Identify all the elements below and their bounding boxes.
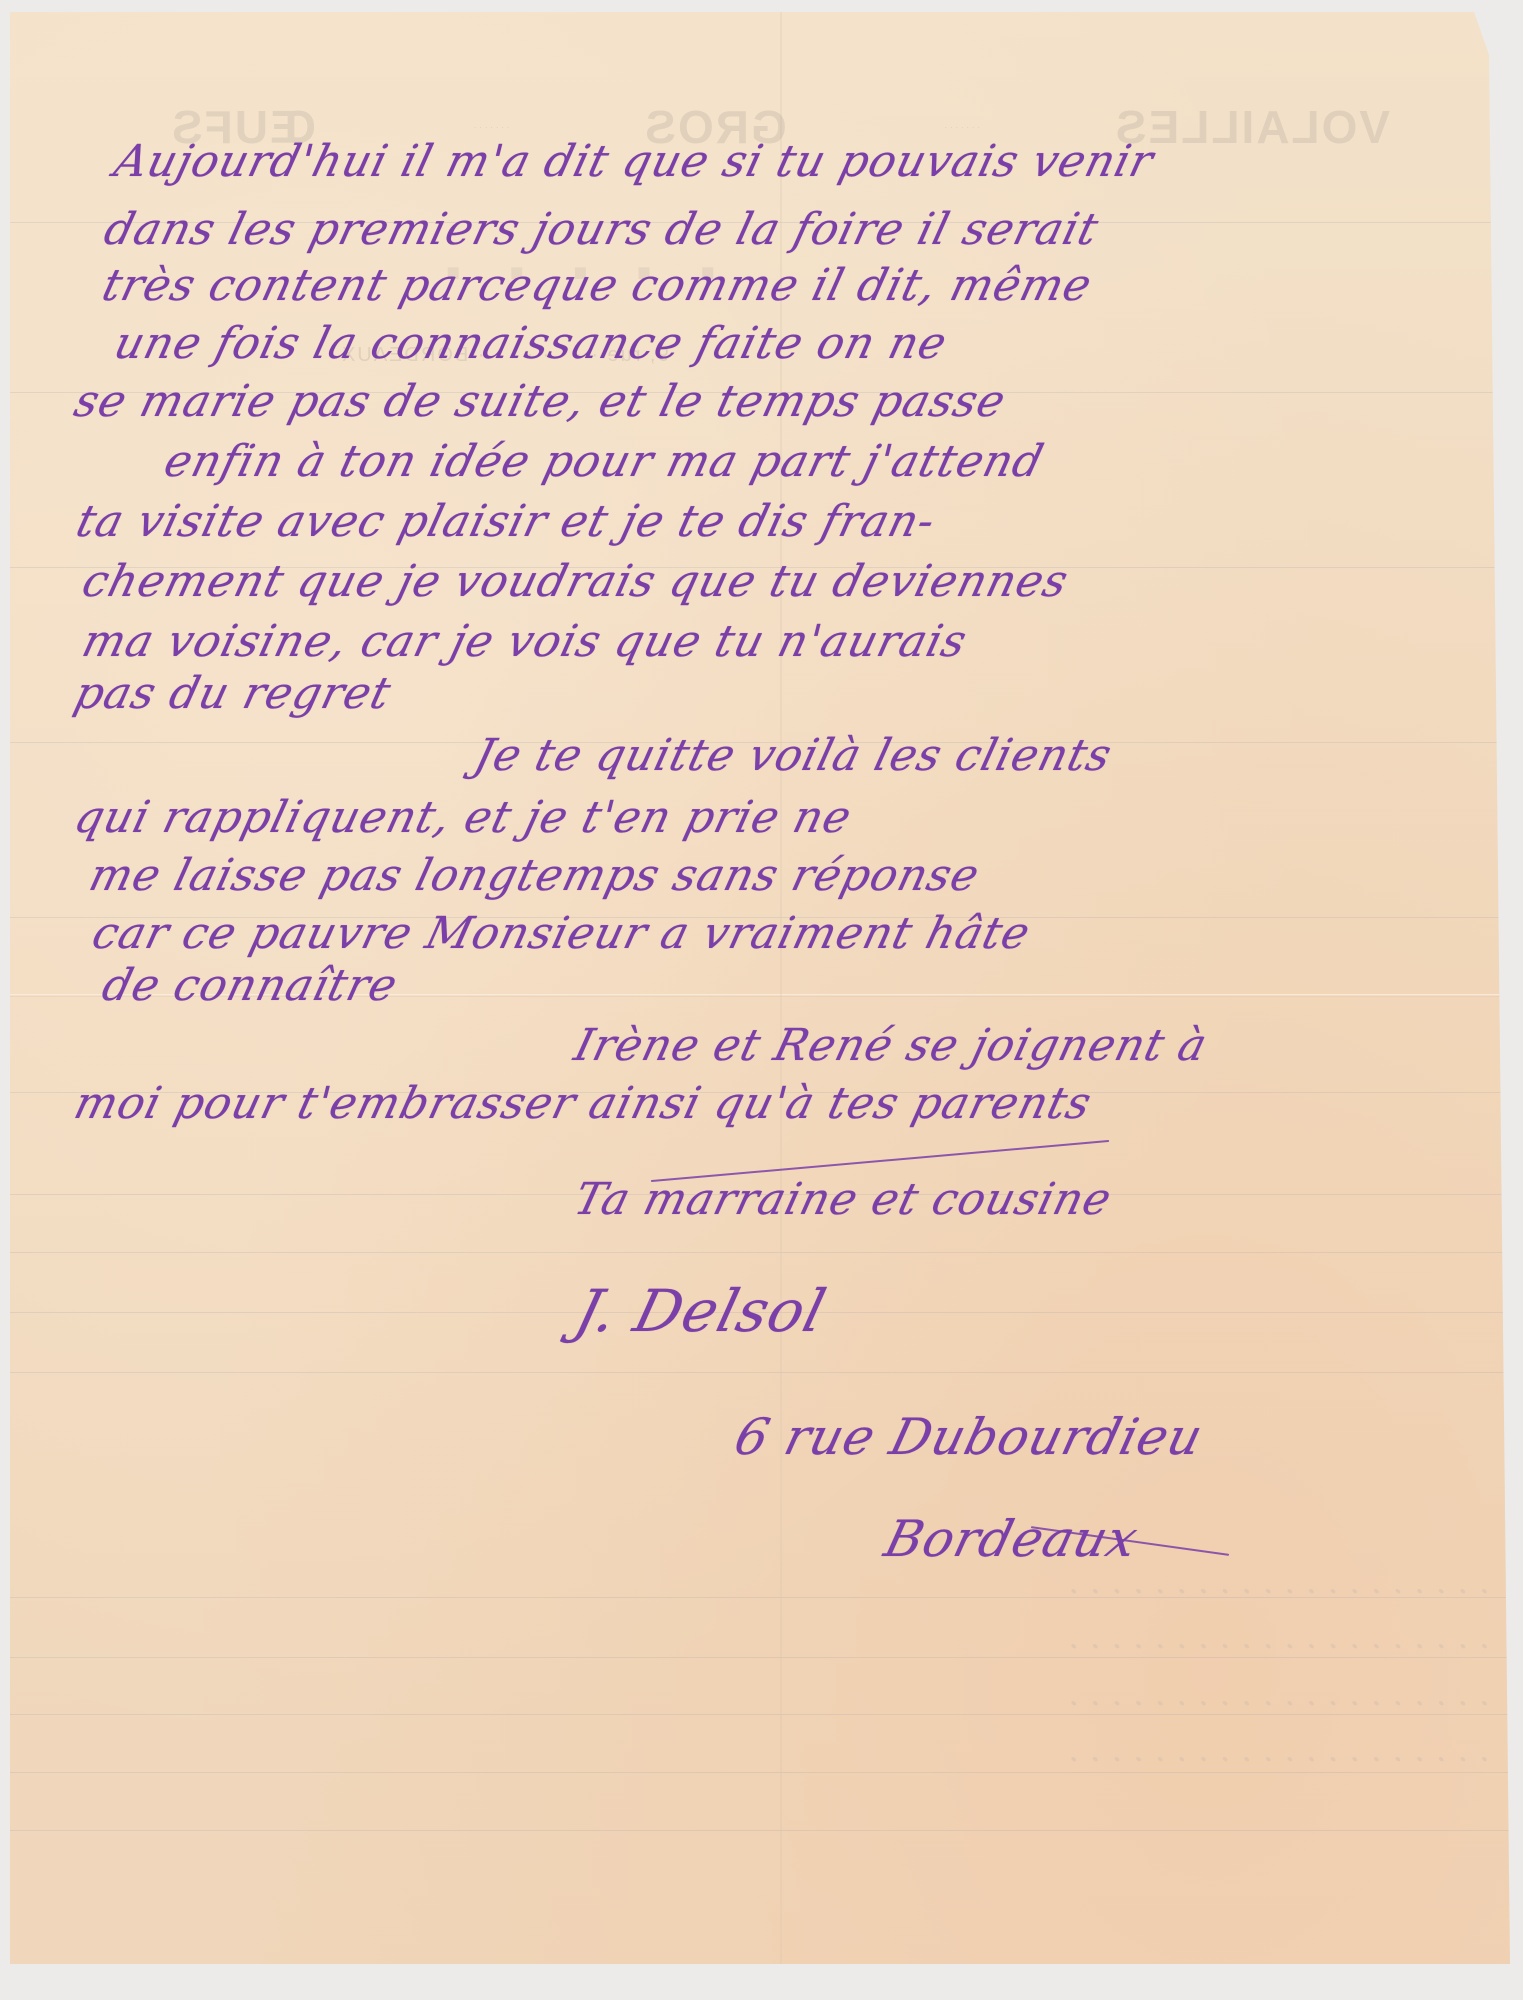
letter-line-10: pas du regret <box>70 672 395 716</box>
address-city: Bordeaux <box>880 1514 1143 1564</box>
letter-line-15: de connaître <box>98 964 402 1008</box>
ruled-line <box>10 1830 1510 1831</box>
bleed-through-line: · · · · · · · · · · · · · · · · · · · · <box>46 1627 1495 1667</box>
bleed-through-line: · · · · · · · · · · · · · · · · · · · · <box>46 1740 1495 1780</box>
letter-line-2: dans les premiers jours de la foire il s… <box>100 208 1103 252</box>
signature: J. Delsol <box>570 1282 832 1340</box>
letter-line-3: très content parceque comme il dit, même <box>98 264 1096 308</box>
letterhead-small-print: · · · · · · · <box>920 122 980 133</box>
letter-line-16: Irène et René se joignent à <box>570 1024 1212 1068</box>
letter-line-7: ta visite avec plaisir et je te dis fran… <box>72 500 940 544</box>
letterhead-small-print: · · · · · · · <box>450 122 510 133</box>
letter-line-8: chement que je voudrais que tu deviennes <box>78 560 1073 604</box>
letter-closing: Ta marraine et cousine <box>570 1178 1116 1222</box>
letter-line-1: Aujourd'hui il m'a dit que si tu pouvais… <box>110 140 1158 184</box>
letter-line-17: moi pour t'embrasser ainsi qu'à tes pare… <box>70 1082 1096 1126</box>
letter-line-11: Je te quitte voilà les clients <box>470 734 1116 778</box>
letter-line-4: une fois la connaissance faite on ne <box>110 322 951 366</box>
address-street: 6 rue Dubourdieu <box>730 1412 1208 1462</box>
ruled-line <box>10 1372 1510 1373</box>
letter-line-6: enfin à ton idée pour ma part j'attend <box>160 440 1048 484</box>
bleed-through-line: · · · · · · · · · · · · · · · · · · · · <box>46 1572 1495 1612</box>
letter-line-5: se marie pas de suite, et le temps passe <box>70 380 1010 424</box>
letter-paper: VOLAILLES · · · · · · · GROS · · · · · ·… <box>10 12 1510 1964</box>
letter-line-13: me laisse pas longtemps sans réponse <box>85 854 984 898</box>
ruled-line <box>10 1252 1510 1253</box>
letter-line-9: ma voisine, car je vois que tu n'aurais <box>78 620 971 664</box>
letter-line-12: qui rappliquent, et je t'en prie ne <box>70 796 856 840</box>
bleed-through-line: · · · · · · · · · · · · · · · · · · · · <box>46 1684 1495 1724</box>
letter-line-14: car ce pauvre Monsieur a vraiment hâte <box>88 912 1035 956</box>
